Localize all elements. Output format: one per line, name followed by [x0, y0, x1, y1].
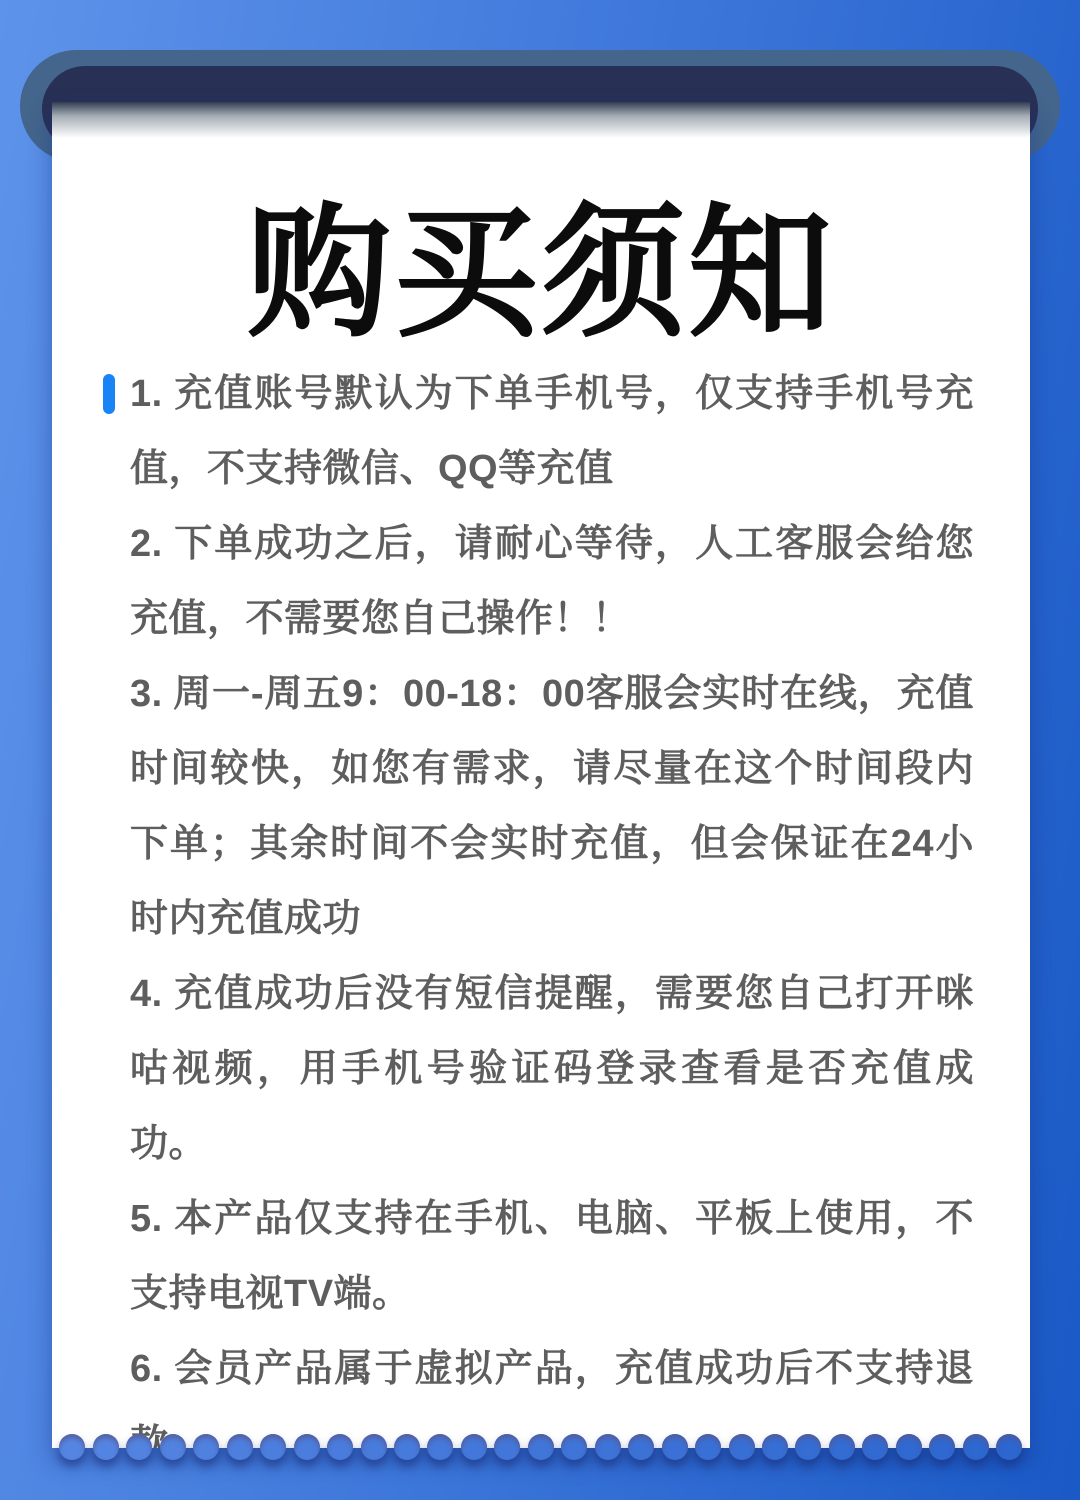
scallop-notch [394, 1434, 420, 1460]
notice-item-number: 3. [130, 673, 173, 715]
notice-item: 1.充值账号默认为下单手机号，仅支持手机号充值，不支持微信、QQ等充值 [130, 357, 974, 507]
notice-item-text: 本产品仅支持在手机、电脑、平板上使用，不支持电视TV端。 [130, 1198, 974, 1315]
notice-list: 1.充值账号默认为下单手机号，仅支持手机号充值，不支持微信、QQ等充值2.下单成… [130, 357, 974, 1448]
scallop-notch [93, 1434, 119, 1460]
scallop-notch [294, 1434, 320, 1460]
scallop-notch [896, 1434, 922, 1460]
scallop-notch [929, 1434, 955, 1460]
scallop-notch [227, 1434, 253, 1460]
notice-item-number: 5. [130, 1198, 173, 1240]
scallop-notch [996, 1434, 1022, 1460]
page-title: 购买须知 [52, 198, 1030, 349]
notice-item: 3.周一-周五9：00-18：00客服会实时在线，充值时间较快，如您有需求，请尽… [130, 657, 974, 957]
scallop-notch [695, 1434, 721, 1460]
notice-item-number: 4. [130, 973, 173, 1015]
scallop-notch [494, 1434, 520, 1460]
scalloped-edge [52, 1434, 1030, 1460]
scallop-notch [260, 1434, 286, 1460]
scallop-notch [461, 1434, 487, 1460]
notice-item-text: 充值成功后没有短信提醒，需要您自己打开咪咕视频，用手机号验证码登录查看是否充值成… [130, 973, 974, 1165]
scallop-notch [561, 1434, 587, 1460]
notice-item-text: 充值账号默认为下单手机号，仅支持手机号充值，不支持微信、QQ等充值 [130, 373, 974, 490]
notice-item: 4.充值成功后没有短信提醒，需要您自己打开咪咕视频，用手机号验证码登录查看是否充… [130, 957, 974, 1182]
scallop-notch [662, 1434, 688, 1460]
notice-item-number: 1. [130, 373, 173, 415]
notice-item: 5.本产品仅支持在手机、电脑、平板上使用，不支持电视TV端。 [130, 1182, 974, 1332]
scallop-notch [126, 1434, 152, 1460]
notice-item-text: 周一-周五9：00-18：00客服会实时在线，充值时间较快，如您有需求，请尽量在… [130, 673, 974, 940]
scallop-notch [361, 1434, 387, 1460]
scallop-notch [795, 1434, 821, 1460]
scallop-notch [595, 1434, 621, 1460]
notice-item-text: 下单成功之后，请耐心等待，人工客服会给您充值，不需要您自己操作！！ [130, 523, 974, 640]
notice-item: 6.会员产品属于虚拟产品，充值成功后不支持退款。 [130, 1332, 974, 1448]
notice-item: 2.下单成功之后，请耐心等待，人工客服会给您充值，不需要您自己操作！！ [130, 507, 974, 657]
scallop-notch [762, 1434, 788, 1460]
scallop-notch [427, 1434, 453, 1460]
scallop-notch [528, 1434, 554, 1460]
notice-item-number: 2. [130, 523, 173, 565]
accent-bar [103, 374, 115, 414]
scallop-notch [59, 1434, 85, 1460]
scallop-notch [729, 1434, 755, 1460]
scallop-notch [628, 1434, 654, 1460]
scallop-notch [193, 1434, 219, 1460]
notice-item-number: 6. [130, 1348, 173, 1390]
notice-paper: 购买须知 1.充值账号默认为下单手机号，仅支持手机号充值，不支持微信、QQ等充值… [52, 102, 1030, 1448]
notice-poster: 购买须知 1.充值账号默认为下单手机号，仅支持手机号充值，不支持微信、QQ等充值… [0, 0, 1080, 1500]
scallop-notch [829, 1434, 855, 1460]
scallop-notch [862, 1434, 888, 1460]
scallop-notch [963, 1434, 989, 1460]
scallop-notch [327, 1434, 353, 1460]
scallop-notch [160, 1434, 186, 1460]
